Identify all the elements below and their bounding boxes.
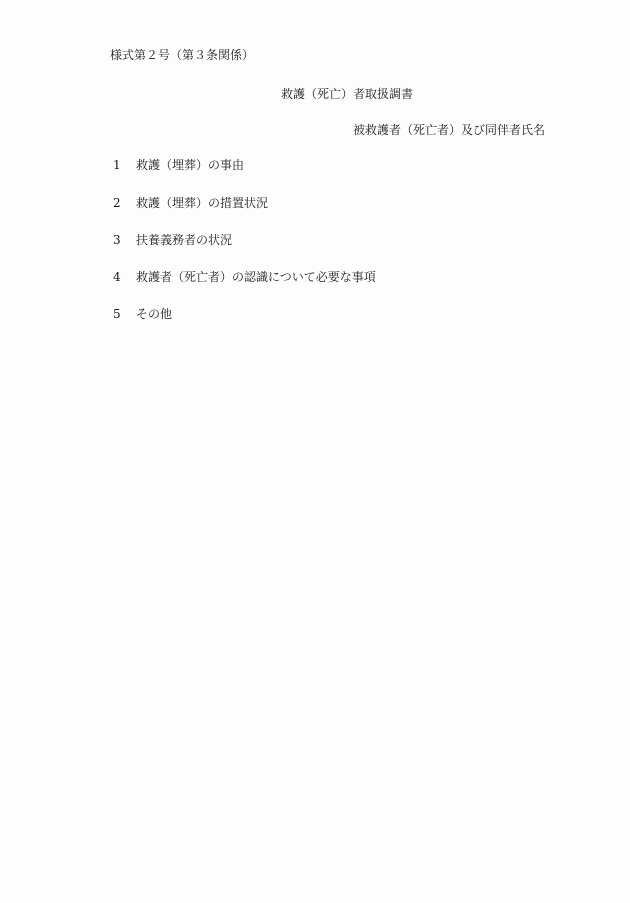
- section-number: 5: [113, 307, 136, 321]
- section-label: 扶養義務者の状況: [136, 233, 232, 247]
- section-number: 2: [113, 196, 136, 210]
- section-item: 3扶養義務者の状況: [113, 233, 232, 247]
- section-label: その他: [136, 307, 172, 321]
- section-item: 4救護者（死亡者）の認識について必要な事項: [113, 270, 376, 284]
- section-item: 2救護（埋葬）の措置状況: [113, 196, 268, 210]
- document-title: 救護（死亡）者取扱調書: [281, 87, 413, 101]
- form-number: 様式第２号（第３条関係）: [110, 48, 254, 62]
- section-number: 3: [113, 233, 136, 247]
- section-label: 救護者（死亡者）の認識について必要な事項: [136, 270, 376, 284]
- document-page: 様式第２号（第３条関係） 救護（死亡）者取扱調書 被救護者（死亡者）及び同伴者氏…: [0, 0, 630, 903]
- section-label: 救護（埋葬）の事由: [136, 158, 244, 172]
- section-number: 1: [113, 158, 136, 172]
- subject-name-line: 被救護者（死亡者）及び同伴者氏名: [353, 123, 545, 137]
- section-number: 4: [113, 270, 136, 284]
- section-item: 5その他: [113, 307, 172, 321]
- section-label: 救護（埋葬）の措置状況: [136, 196, 268, 210]
- section-item: 1救護（埋葬）の事由: [113, 158, 244, 172]
